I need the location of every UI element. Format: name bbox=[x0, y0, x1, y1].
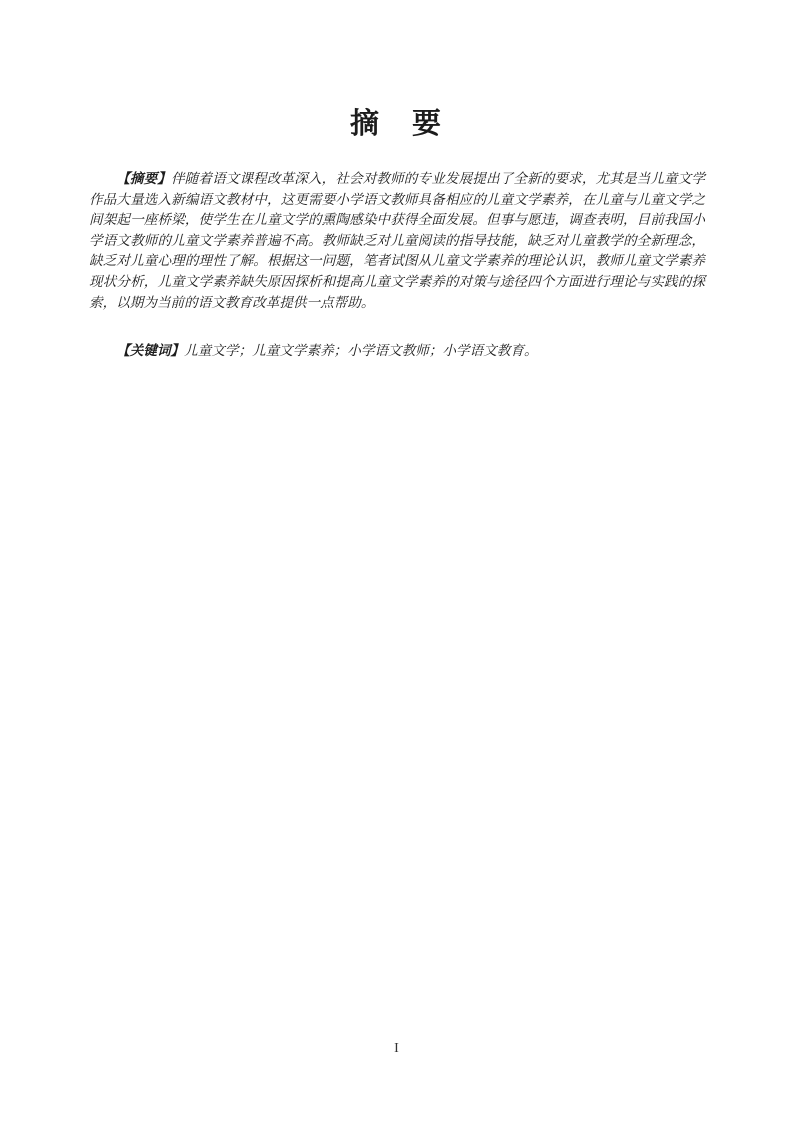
abstract-label: 【摘要】 bbox=[116, 171, 171, 186]
abstract-paragraph: 【摘要】伴随着语文课程改革深入，社会对教师的专业发展提出了全新的要求，尤其是当儿… bbox=[89, 169, 705, 313]
abstract-text: 伴随着语文课程改革深入，社会对教师的专业发展提出了全新的要求，尤其是当儿童文学作… bbox=[89, 171, 705, 310]
keywords-label: 【关键词】 bbox=[116, 343, 184, 358]
page-number: I bbox=[0, 1040, 793, 1058]
keywords-text: 儿童文学；儿童文学素养；小学语文教师；小学语文教育。 bbox=[184, 343, 537, 358]
document-page: 摘 要 【摘要】伴随着语文课程改革深入，社会对教师的专业发展提出了全新的要求，尤… bbox=[0, 0, 793, 1122]
keywords-paragraph: 【关键词】儿童文学；儿童文学素养；小学语文教师；小学语文教育。 bbox=[89, 341, 705, 362]
page-title: 摘 要 bbox=[0, 104, 793, 144]
